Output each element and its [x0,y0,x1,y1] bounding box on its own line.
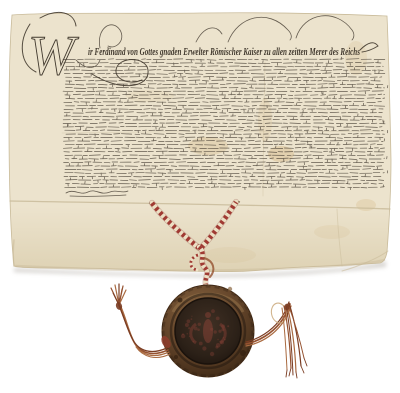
heading-initial-letter: W [28,25,79,87]
heading-text: ir Ferdinand von Gottes gnaden Erwelter … [88,47,360,58]
photo-of-charter: W ir Ferdinand von Gottes gnaden Erwelte… [0,0,400,393]
